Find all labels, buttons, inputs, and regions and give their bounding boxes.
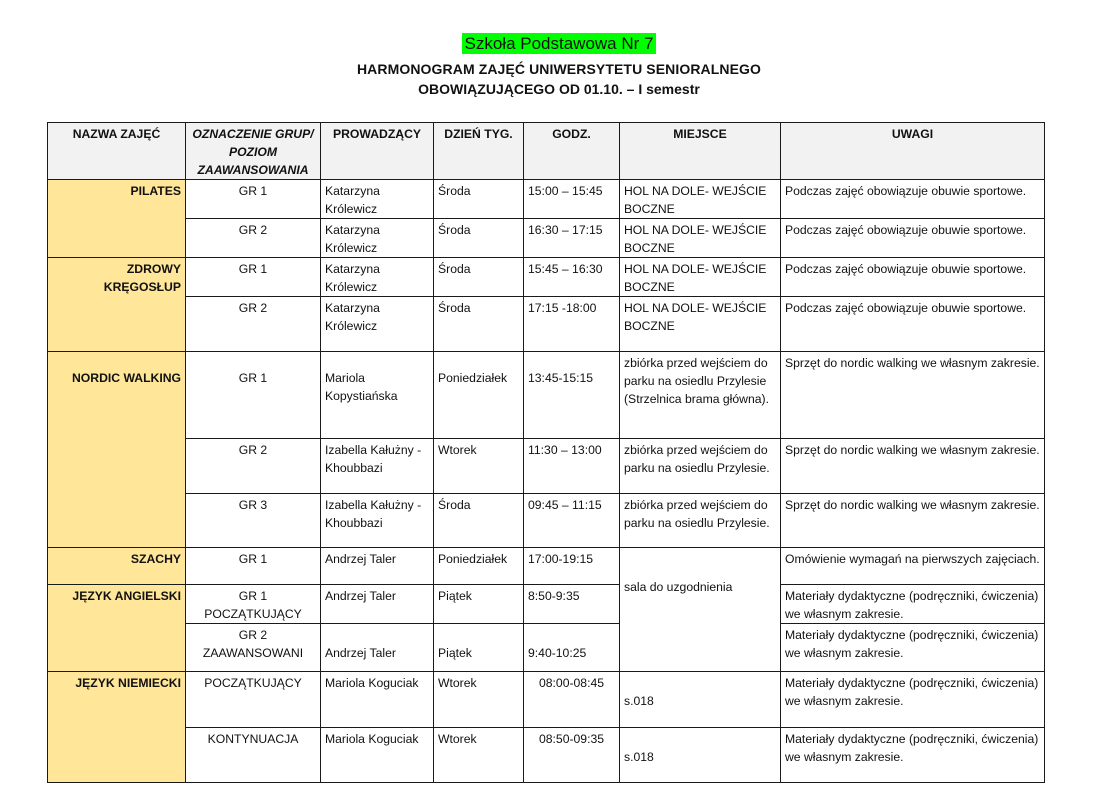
col-header-notes: UWAGI xyxy=(781,123,1045,180)
teacher-cell: Katarzyna Królewicz xyxy=(321,180,434,219)
teacher-cell: Katarzyna Królewicz xyxy=(321,297,434,352)
group-cell: KONTYNUACJA xyxy=(186,728,321,783)
table-row: GR 2 ZAAWANSOWANI Andrzej Taler Piątek 9… xyxy=(48,624,1045,672)
notes-cell: Podczas zajęć obowiązuje obuwie sportowe… xyxy=(781,219,1045,258)
time-cell: 8:50-9:35 xyxy=(524,585,620,624)
day-cell: Środa xyxy=(434,297,524,352)
col-header-teacher: PROWADZĄCY xyxy=(321,123,434,180)
day-cell: Wtorek xyxy=(434,728,524,783)
teacher-cell: Mariola Koguciak xyxy=(321,672,434,728)
group-cell: POCZĄTKUJĄCY xyxy=(186,672,321,728)
teacher-cell: Mariola Kopystiańska xyxy=(321,352,434,439)
table-row: JĘZYK NIEMIECKI POCZĄTKUJĄCY Mariola Kog… xyxy=(48,672,1045,728)
teacher-cell: Andrzej Taler xyxy=(321,624,434,672)
school-name: Szkoła Podstawowa Nr 7 xyxy=(0,34,1118,54)
notes-cell: Sprzęt do nordic walking we własnym zakr… xyxy=(781,494,1045,548)
time-cell: 17:00-19:15 xyxy=(524,548,620,585)
teacher-cell: Andrzej Taler xyxy=(321,585,434,624)
time-cell: 9:40-10:25 xyxy=(524,624,620,672)
teacher-cell: Izabella Kałużny - Khoubbazi xyxy=(321,439,434,494)
table-row: GR 2 Izabella Kałużny - Khoubbazi Wtorek… xyxy=(48,439,1045,494)
course-jezyk-angielski: JĘZYK ANGIELSKI xyxy=(48,585,186,672)
table-row: ZDROWY KRĘGOSŁUP GR 1 Katarzyna Królewic… xyxy=(48,258,1045,297)
time-cell: 11:30 – 13:00 xyxy=(524,439,620,494)
table-row: PILATES GR 1 Katarzyna Królewicz Środa 1… xyxy=(48,180,1045,219)
place-cell: HOL NA DOLE- WEJŚCIE BOCZNE xyxy=(620,219,781,258)
course-nordic-walking: NORDIC WALKING xyxy=(48,352,186,548)
place-cell: zbiórka przed wejściem do parku na osied… xyxy=(620,439,781,494)
table-row: GR 2 Katarzyna Królewicz Środa 16:30 – 1… xyxy=(48,219,1045,258)
group-cell: GR 2 xyxy=(186,439,321,494)
teacher-cell: Andrzej Taler xyxy=(321,548,434,585)
day-cell: Środa xyxy=(434,494,524,548)
time-cell: 17:15 -18:00 xyxy=(524,297,620,352)
schedule-table: NAZWA ZAJĘĆ OZNACZENIE GRUP/ POZIOM ZAAW… xyxy=(47,122,1045,783)
school-name-text: Szkoła Podstawowa Nr 7 xyxy=(462,33,657,54)
group-cell: GR 2 ZAAWANSOWANI xyxy=(186,624,321,672)
place-cell: HOL NA DOLE- WEJŚCIE BOCZNE xyxy=(620,180,781,219)
day-cell: Środa xyxy=(434,180,524,219)
day-cell: Piątek xyxy=(434,585,524,624)
place-cell: HOL NA DOLE- WEJŚCIE BOCZNE xyxy=(620,297,781,352)
table-header-row: NAZWA ZAJĘĆ OZNACZENIE GRUP/ POZIOM ZAAW… xyxy=(48,123,1045,180)
table-row: NORDIC WALKING GR 1 Mariola Kopystiańska… xyxy=(48,352,1045,439)
notes-cell: Materiały dydaktyczne (podręczniki, ćwic… xyxy=(781,728,1045,783)
col-header-place: MIEJSCE xyxy=(620,123,781,180)
document-subtitle: OBOWIĄZUJĄCEGO OD 01.10. – I semestr xyxy=(0,81,1118,97)
group-cell: GR 2 xyxy=(186,219,321,258)
col-header-time: GODZ. xyxy=(524,123,620,180)
table-row: SZACHY GR 1 Andrzej Taler Poniedziałek 1… xyxy=(48,548,1045,585)
place-cell: s.018 xyxy=(620,672,781,728)
document-title: HARMONOGRAM ZAJĘĆ UNIWERSYTETU SENIORALN… xyxy=(0,61,1118,77)
notes-cell: Sprzęt do nordic walking we własnym zakr… xyxy=(781,352,1045,439)
col-header-name: NAZWA ZAJĘĆ xyxy=(48,123,186,180)
time-cell: 13:45-15:15 xyxy=(524,352,620,439)
day-cell: Środa xyxy=(434,219,524,258)
notes-cell: Materiały dydaktyczne (podręczniki, ćwic… xyxy=(781,624,1045,672)
notes-cell: Materiały dydaktyczne (podręczniki, ćwic… xyxy=(781,672,1045,728)
group-cell: GR 1 xyxy=(186,548,321,585)
table-row: GR 2 Katarzyna Królewicz Środa 17:15 -18… xyxy=(48,297,1045,352)
teacher-cell: Mariola Koguciak xyxy=(321,728,434,783)
notes-cell: Podczas zajęć obowiązuje obuwie sportowe… xyxy=(781,180,1045,219)
course-szachy: SZACHY xyxy=(48,548,186,585)
notes-cell: Omówienie wymagań na pierwszych zajęciac… xyxy=(781,548,1045,585)
day-cell: Środa xyxy=(434,258,524,297)
group-cell: GR 3 xyxy=(186,494,321,548)
group-cell: GR 1 POCZĄTKUJĄCY xyxy=(186,585,321,624)
table-row: GR 3 Izabella Kałużny - Khoubbazi Środa … xyxy=(48,494,1045,548)
place-cell-shared: sala do uzgodnienia xyxy=(620,548,781,672)
time-cell: 09:45 – 11:15 xyxy=(524,494,620,548)
group-cell: GR 1 xyxy=(186,352,321,439)
group-cell: GR 2 xyxy=(186,297,321,352)
time-cell: 16:30 – 17:15 xyxy=(524,219,620,258)
course-jezyk-niemiecki: JĘZYK NIEMIECKI xyxy=(48,672,186,783)
table-row: KONTYNUACJA Mariola Koguciak Wtorek 08:5… xyxy=(48,728,1045,783)
time-cell: 08:00-08:45 xyxy=(524,672,620,728)
day-cell: Poniedziałek xyxy=(434,548,524,585)
time-cell: 15:45 – 16:30 xyxy=(524,258,620,297)
place-cell: HOL NA DOLE- WEJŚCIE BOCZNE xyxy=(620,258,781,297)
place-cell: s.018 xyxy=(620,728,781,783)
notes-cell: Podczas zajęć obowiązuje obuwie sportowe… xyxy=(781,297,1045,352)
notes-cell: Materiały dydaktyczne (podręczniki, ćwic… xyxy=(781,585,1045,624)
table-row: JĘZYK ANGIELSKI GR 1 POCZĄTKUJĄCY Andrze… xyxy=(48,585,1045,624)
teacher-cell: Katarzyna Królewicz xyxy=(321,258,434,297)
group-cell: GR 1 xyxy=(186,258,321,297)
teacher-cell: Katarzyna Królewicz xyxy=(321,219,434,258)
place-cell: zbiórka przed wejściem do parku na osied… xyxy=(620,352,781,439)
day-cell: Poniedziałek xyxy=(434,352,524,439)
notes-cell: Podczas zajęć obowiązuje obuwie sportowe… xyxy=(781,258,1045,297)
day-cell: Wtorek xyxy=(434,439,524,494)
day-cell: Wtorek xyxy=(434,672,524,728)
col-header-day: DZIEŃ TYG. xyxy=(434,123,524,180)
time-cell: 15:00 – 15:45 xyxy=(524,180,620,219)
day-cell: Piątek xyxy=(434,624,524,672)
notes-cell: Sprzęt do nordic walking we własnym zakr… xyxy=(781,439,1045,494)
col-header-group: OZNACZENIE GRUP/ POZIOM ZAAWANSOWANIA xyxy=(186,123,321,180)
course-zdrowy-kregoslup: ZDROWY KRĘGOSŁUP xyxy=(48,258,186,352)
course-pilates: PILATES xyxy=(48,180,186,258)
time-cell: 08:50-09:35 xyxy=(524,728,620,783)
place-cell: zbiórka przed wejściem do parku na osied… xyxy=(620,494,781,548)
group-cell: GR 1 xyxy=(186,180,321,219)
teacher-cell: Izabella Kałużny - Khoubbazi xyxy=(321,494,434,548)
